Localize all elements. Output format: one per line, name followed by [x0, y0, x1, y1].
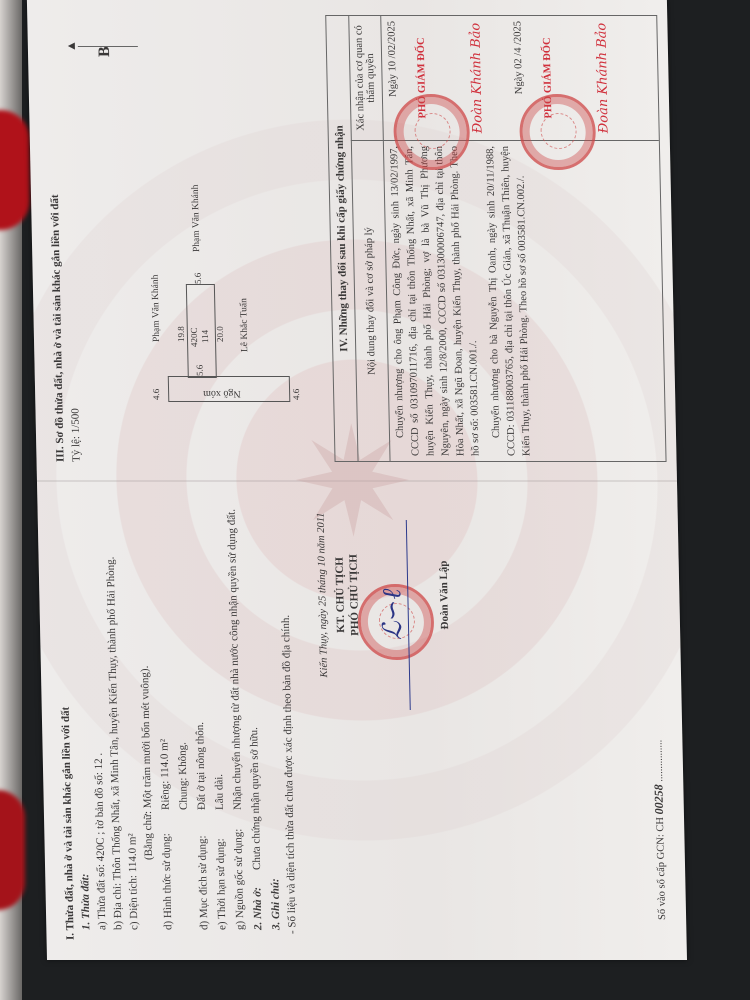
north-arrow-shaft [78, 46, 138, 47]
road-width-top: 4.6 [151, 389, 161, 400]
left-page: I. Thửa đất, nhà ở và tài sản khác gắn l… [55, 500, 664, 940]
background-red-object [0, 790, 25, 910]
map-scale: Tỷ lệ: 1/500 [69, 408, 82, 462]
neighbor-east: Phạm Văn Khánh [191, 185, 202, 252]
neighbor-north: Phạm Văn Khánh [151, 275, 162, 342]
land-parcel-subheading: 1. Thửa đất: [79, 874, 92, 930]
certificate-page: ✷ I. Thửa đất, nhà ở và tài sản khác gắn… [27, 0, 687, 960]
usage-form-shared: Chung: Không. [176, 742, 189, 810]
issuer-signature: ℒ∽ℓ [377, 589, 408, 640]
parcel-area: c) Diện tích: 114.0 m² [126, 833, 140, 930]
confirmation-1-signer: Đoàn Khánh Bảo [468, 21, 485, 135]
issuer-title-1: KT. CHỦ TỊCH [332, 500, 348, 690]
edge-right-length: 19.8 [176, 326, 186, 342]
house-value: Chưa chứng nhận quyền sở hữu. [248, 727, 263, 870]
issuer-name: Đoàn Văn Lập [436, 500, 452, 690]
parcel-number: a) Thửa đất số: 420C ; tờ bản đồ số: 12 … [93, 753, 109, 930]
confirmation-1: Ngày 10 /02/2025 PHÓ GIÁM ĐỐC Đoàn Khánh… [381, 16, 510, 140]
confirmation-header: Xác nhận của cơ quan có thẩm quyền [348, 16, 384, 140]
usage-term-label: e) Thời hạn sử dụng: [214, 838, 228, 930]
parcel-sketch: Ngõ xóm 4.6 4.6 420C 114 19.8 20.0 5.6 5… [116, 62, 293, 402]
registry-office-stamp-1 [393, 94, 471, 170]
notes-text: - Số liệu và diện tích thửa đất chưa đượ… [280, 615, 299, 934]
usage-purpose-value: Đất ở tại nông thôn. [194, 722, 208, 810]
north-arrow-icon: ▲ [64, 40, 79, 52]
confirmation-column: Xác nhận của cơ quan có thẩm quyền Ngày … [348, 16, 659, 140]
changes-content-column: Nội dung thay đổi và cơ sở pháp lý Chuyể… [351, 140, 666, 461]
background-red-object [0, 110, 30, 230]
right-page: III. Sơ đồ thửa đất, nhà ở và tài sản kh… [45, 12, 654, 462]
changes-table: IV. Những thay đổi sau khi cấp giấy chứn… [325, 15, 666, 462]
edge-bottom-length: 5.6 [193, 273, 203, 284]
notes-label: 3. Ghi chú: [269, 878, 282, 930]
change-entry-2: Chuyển nhượng cho bà Nguyễn Thị Oanh, ng… [480, 141, 538, 461]
usage-origin-value: Nhận chuyển nhượng từ đất nhà nước công … [226, 509, 244, 810]
edge-left-length: 20.0 [215, 326, 225, 342]
ledger-entry: Số vào sổ cấp GCN: CH 00258 ............… [650, 740, 669, 920]
edge-top-length: 5.6 [195, 365, 205, 376]
issue-place-date: Kiến Thụy, ngày 25 tháng 10 năm 2011 [315, 500, 330, 690]
usage-form-private: Riêng: 114.0 m² [158, 739, 171, 810]
house-label: 2. Nhà ở: [251, 887, 264, 930]
usage-purpose-label: đ) Mục đích sử dụng: [196, 835, 210, 930]
confirmation-2-signer: Đoàn Khánh Bảo [594, 21, 611, 135]
usage-origin-label: g) Nguồn gốc sử dụng: [232, 829, 246, 930]
neighbor-south: Lê Khắc Tuấn [239, 298, 250, 352]
section-i-heading: I. Thửa đất, nhà ở và tài sản khác gắn l… [60, 707, 77, 940]
usage-form-label: d) Hình thức sử dụng: [160, 833, 174, 930]
ledger-label: Số vào sổ cấp GCN: CH [655, 817, 668, 920]
parcel-area-label: 114 [200, 330, 210, 343]
parcel-id-label: 420C [189, 327, 199, 347]
issuer-title-2: PHÓ CHỦ TỊCH [346, 500, 362, 690]
confirmation-2: Ngày 02 /4 /2025 PHÓ GIÁM ĐỐC Đoàn Khánh… [507, 16, 636, 140]
section-iii-heading: III. Sơ đồ thửa đất, nhà ở và tài sản kh… [49, 194, 67, 462]
ledger-dots: ................ [653, 740, 665, 782]
north-label: B [96, 46, 114, 57]
registry-office-stamp-2 [519, 94, 597, 170]
usage-term-value: Lâu dài. [213, 774, 226, 810]
road-label: Ngõ xóm [203, 388, 241, 399]
change-entry-1: Chuyển nhượng cho ông Phạm Công Đức, ngà… [384, 141, 487, 461]
road-width-bottom: 4.6 [291, 389, 301, 400]
ledger-number: 00258 [651, 784, 666, 814]
parcel-area-words: (Bằng chữ: Một trăm mười bốn mét vuông). [139, 666, 155, 860]
certificate-photo: ✷ I. Thửa đất, nhà ở và tài sản khác gắn… [47, 2, 697, 962]
parcel-address: b) Địa chỉ: Thôn Thống Nhất, xã Minh Tân… [105, 557, 125, 930]
